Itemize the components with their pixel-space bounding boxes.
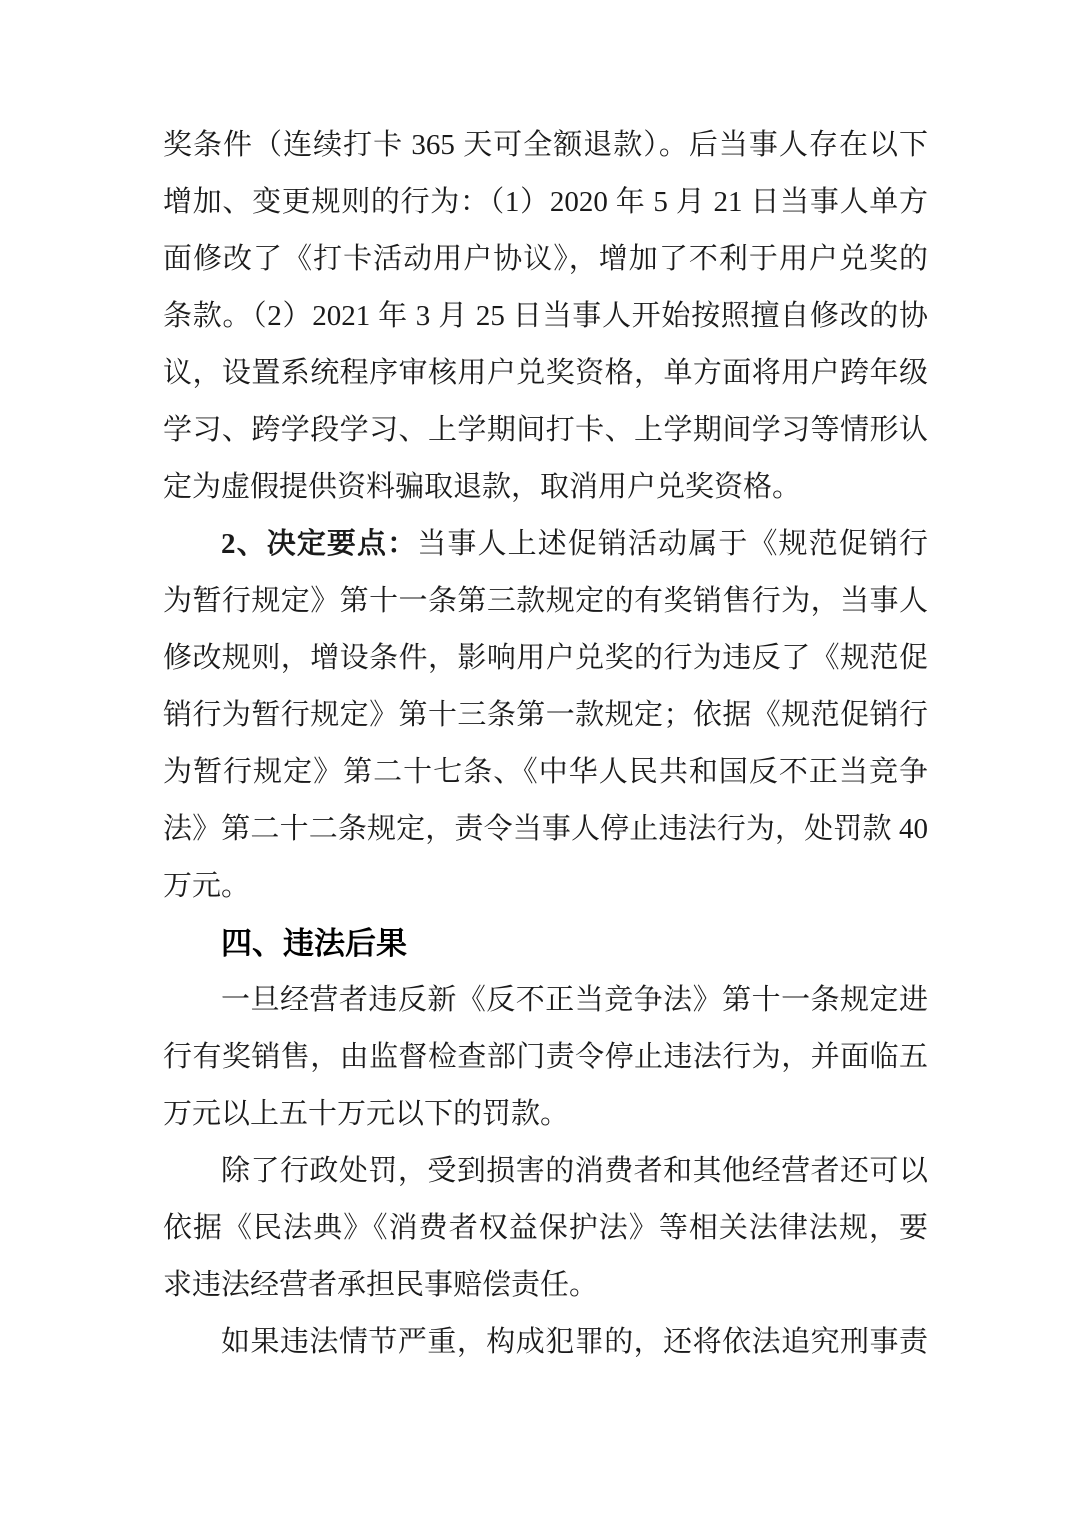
text-line: 除了行政处罚，受到损害的消费者和其他经营者还可以	[163, 1143, 928, 1200]
text-line: 万元以上五十万元以下的罚款。	[163, 1086, 928, 1143]
text-line: 当事人上述促销活动属于《规范促销行	[417, 528, 928, 560]
text-line: 如果违法情节严重，构成犯罪的，还将依法追究刑事责	[163, 1314, 928, 1371]
text-line-decision-lead: 2、决定要点：当事人上述促销活动属于《规范促销行	[163, 516, 928, 573]
text-block: 奖条件（连续打卡 365 天可全额退款）。后当事人存在以下 增加、变更规则的行为…	[163, 117, 928, 1371]
text-line: 法》第二十二条规定，责令当事人停止违法行为，处罚款 40	[163, 801, 928, 858]
text-line: 一旦经营者违反新《反不正当竞争法》第十一条规定进	[163, 972, 928, 1029]
text-line: 增加、变更规则的行为：（1）2020 年 5 月 21 日当事人单方	[163, 174, 928, 231]
text-line: 定为虚假提供资料骗取退款，取消用户兑奖资格。	[163, 459, 928, 516]
text-line: 为暂行规定》第十一条第三款规定的有奖销售行为，当事人	[163, 573, 928, 630]
text-line: 奖条件（连续打卡 365 天可全额退款）。后当事人存在以下	[163, 117, 928, 174]
text-line: 销行为暂行规定》第十三条第一款规定；依据《规范促销行	[163, 687, 928, 744]
document-page: 奖条件（连续打卡 365 天可全额退款）。后当事人存在以下 增加、变更规则的行为…	[0, 0, 1080, 1527]
text-line: 条款。（2）2021 年 3 月 25 日当事人开始按照擅自修改的协	[163, 288, 928, 345]
text-line: 学习、跨学段学习、上学期间打卡、上学期间学习等情形认	[163, 402, 928, 459]
text-line: 为暂行规定》第二十七条、《中华人民共和国反不正当竞争	[163, 744, 928, 801]
section-heading: 四、违法后果	[163, 915, 928, 972]
text-line: 万元。	[163, 858, 928, 915]
text-line: 求违法经营者承担民事赔偿责任。	[163, 1257, 928, 1314]
bold-lead-label: 2、决定要点：	[221, 528, 417, 560]
text-line: 面修改了《打卡活动用户协议》，增加了不利于用户兑奖的	[163, 231, 928, 288]
text-line: 修改规则，增设条件，影响用户兑奖的行为违反了《规范促	[163, 630, 928, 687]
text-line: 行有奖销售，由监督检查部门责令停止违法行为，并面临五	[163, 1029, 928, 1086]
text-line: 依据《民法典》《消费者权益保护法》等相关法律法规，要	[163, 1200, 928, 1257]
text-line: 议，设置系统程序审核用户兑奖资格，单方面将用户跨年级	[163, 345, 928, 402]
